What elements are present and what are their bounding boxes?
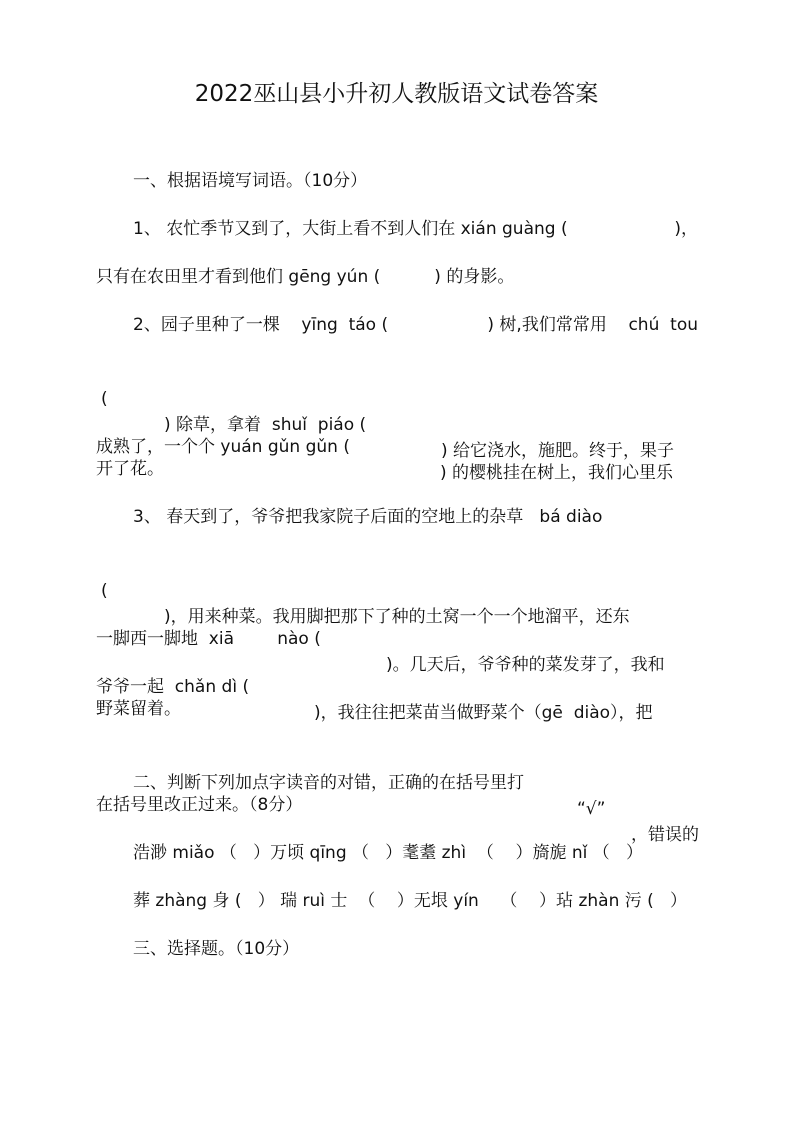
question-1-line-1: 1、 农忙季节又到了，大街上看不到人们在 xián guàng ( )， xyxy=(133,216,698,242)
check-mark-quote: “√” xyxy=(577,796,605,822)
question-2-line-1-text: 2、园子里种了一棵 yīng táo ( xyxy=(133,312,388,338)
question-2-line-1-end: ) 树,我们常常用 chú tou xyxy=(487,312,698,338)
question-2-line-3: 成熟了，一个个 yuán gǔn gǔn ( ) 的樱桃挂在树上，我们心里乐 xyxy=(96,408,698,512)
question-2-line-3-end: ) 的樱桃挂在树上，我们心里乐 xyxy=(440,460,673,486)
question-1-line-2: 只有在农田里才看到他们 gēng yún ( ) 的身影。 xyxy=(96,264,514,290)
section-2-heading-line-2: 在括号里改正过来。（8分） xyxy=(96,792,302,818)
section-1-heading: 一、根据语境写词语。（10分） xyxy=(133,168,367,194)
question-1-line-1-end: )， xyxy=(674,216,698,242)
question-3-line-1: 3、 春天到了，爷爷把我家院子后面的空地上的杂草 bá diào xyxy=(133,504,602,530)
question-3-line-4: 爷爷一起 chǎn dì ( )，我往往把菜苗当做野菜个（gē diào），把 xyxy=(96,648,698,752)
question-3-line-4-end: )，我往往把菜苗当做野菜个（gē diào），把 xyxy=(314,700,653,726)
question-1-line-1-text: 1、 农忙季节又到了，大街上看不到人们在 xián guàng ( xyxy=(133,216,568,242)
document-page: 2022巫山县小升初人教版语文试卷答案 一、根据语境写词语。（10分） 1、 农… xyxy=(0,0,793,1122)
question-3-line-5: 野菜留着。 xyxy=(96,696,181,722)
document-title: 2022巫山县小升初人教版语文试卷答案 xyxy=(0,78,793,110)
section-3-heading: 三、选择题。（10分） xyxy=(133,936,299,962)
question-2-line-1: 2、园子里种了一棵 yīng táo ( ) 树,我们常常用 chú tou xyxy=(133,312,698,338)
question-2-line-4: 开了花。 xyxy=(96,456,164,482)
pinyin-items-row-1: 浩渺 miǎo （ ）万顷 qīng （ ）耄耋 zhì （ ）旖旎 nǐ （ … xyxy=(133,840,643,866)
pinyin-items-row-2: 葬 zhàng 身 ( ） 瑞 ruì 士 （ ）无垠 yín （ ）玷 zhà… xyxy=(133,888,687,914)
